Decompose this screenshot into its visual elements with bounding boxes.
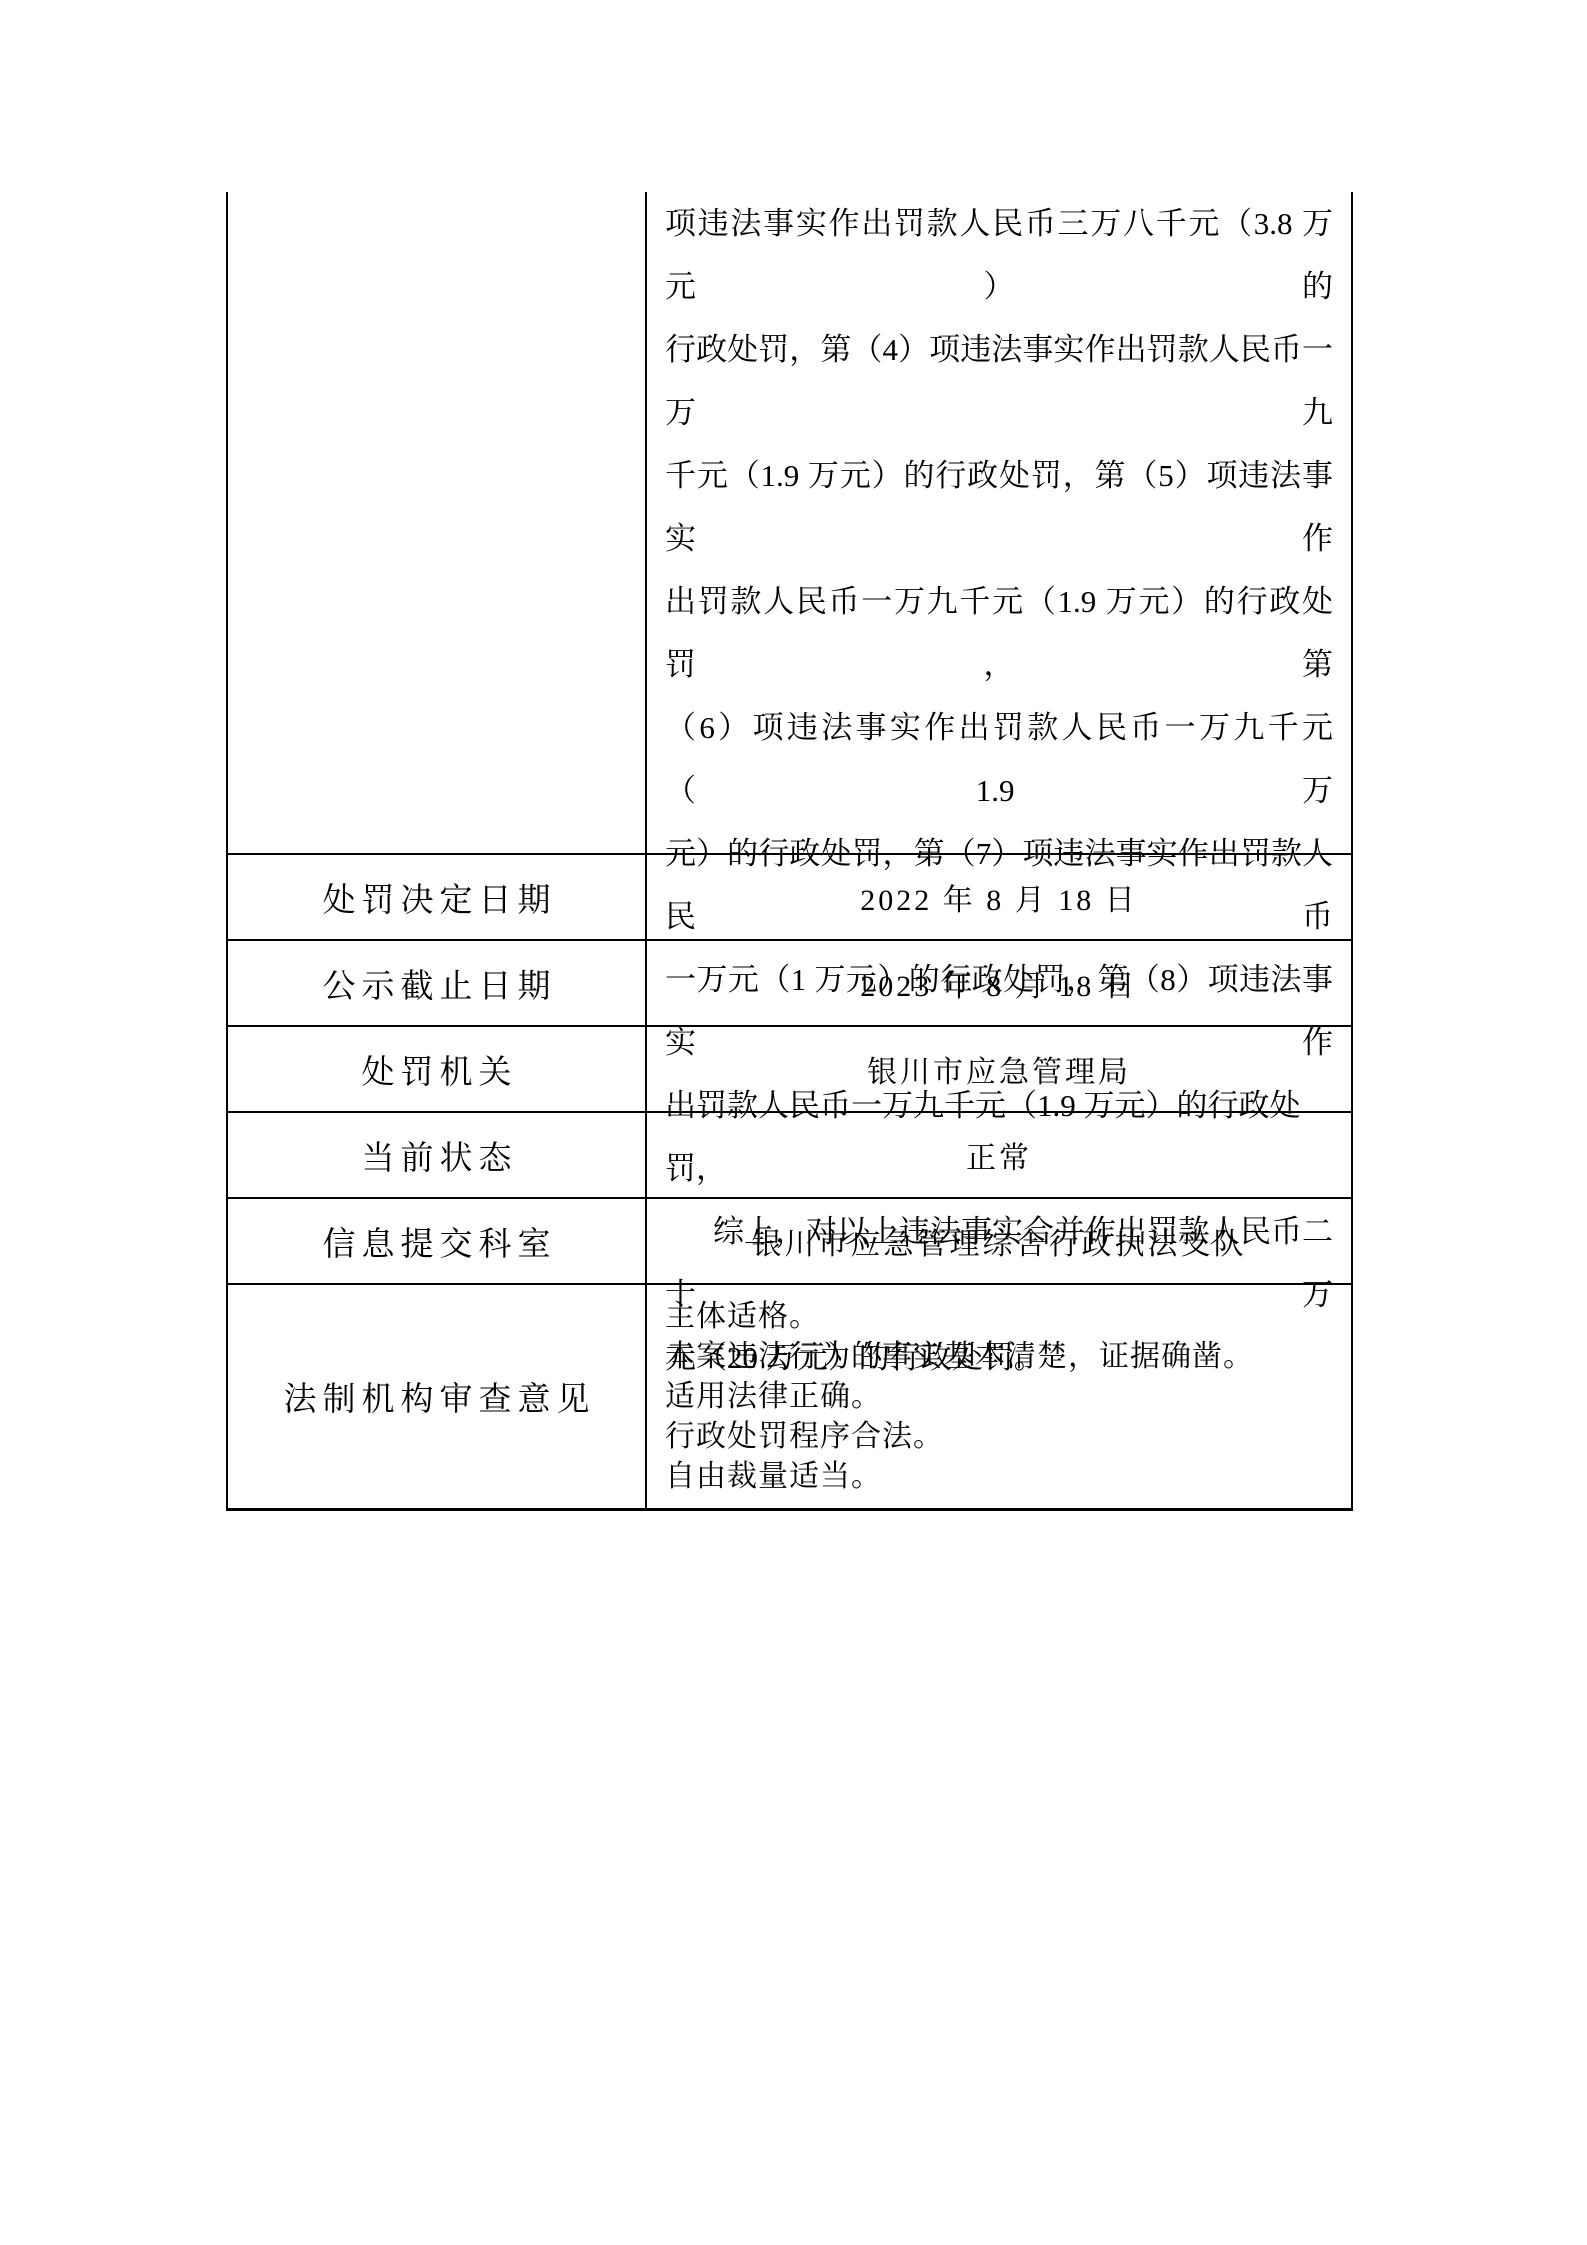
legal-review-label-cell: 法制机构审查意见 (226, 1285, 645, 1508)
penalty-authority-label-cell: 处罚机关 (226, 1027, 645, 1111)
publicity-deadline-label: 公示截止日期 (317, 960, 557, 1007)
submitting-department-value-cell: 银川市应急管理综合行政执法支队 (645, 1199, 1353, 1283)
penalty-authority-value-cell: 银川市应急管理局 (645, 1027, 1353, 1111)
penalty-date-value-cell: 2022 年 8 月 18 日 (645, 855, 1353, 939)
penalty-disclosure-table: 项违法事实作出罚款人民币三万八千元（3.8 万元）的 行政处罚，第（4）项违法事… (226, 192, 1353, 1511)
legal-review-line: 适用法律正确。 (665, 1377, 1339, 1417)
submitting-department-label-cell: 信息提交科室 (226, 1199, 645, 1283)
submitting-department-row: 信息提交科室 银川市应急管理综合行政执法支队 (226, 1199, 1353, 1285)
penalty-date-value: 2022 年 8 月 18 日 (860, 875, 1138, 919)
publicity-deadline-row: 公示截止日期 2023 年 8 月 18 日 (226, 941, 1353, 1027)
penalty-authority-value: 银川市应急管理局 (867, 1047, 1131, 1091)
legal-review-label: 法制机构审查意见 (278, 1373, 596, 1420)
legal-review-line: 自由裁量适当。 (665, 1457, 1339, 1497)
legal-review-content-cell: 主体适格。 本案违法行为的事实基本清楚，证据确凿。 适用法律正确。 行政处罚程序… (645, 1285, 1353, 1508)
penalty-text-line: 行政处罚，第（4）项违法事实作出罚款人民币一万九 (665, 318, 1333, 444)
publicity-deadline-label-cell: 公示截止日期 (226, 941, 645, 1025)
current-status-value: 正常 (966, 1133, 1032, 1177)
penalty-decision-text-cell: 项违法事实作出罚款人民币三万八千元（3.8 万元）的 行政处罚，第（4）项违法事… (645, 192, 1353, 853)
penalty-decision-empty-label-cell (226, 192, 645, 853)
submitting-department-label: 信息提交科室 (317, 1218, 557, 1265)
penalty-text-line: 千元（1.9 万元）的行政处罚，第（5）项违法事实作 (665, 444, 1333, 570)
penalty-date-label: 处罚决定日期 (317, 874, 557, 921)
legal-review-row: 法制机构审查意见 主体适格。 本案违法行为的事实基本清楚，证据确凿。 适用法律正… (226, 1285, 1353, 1508)
penalty-date-row: 处罚决定日期 2022 年 8 月 18 日 (226, 855, 1353, 941)
publicity-deadline-value-cell: 2023 年 8 月 18 日 (645, 941, 1353, 1025)
publicity-deadline-value: 2023 年 8 月 18 日 (860, 961, 1138, 1005)
submitting-department-value: 银川市应急管理综合行政执法支队 (752, 1219, 1247, 1263)
penalty-text-line: （6）项违法事实作出罚款人民币一万九千元（1.9 万 (665, 696, 1333, 822)
legal-review-line: 本案违法行为的事实基本清楚，证据确凿。 (665, 1337, 1339, 1377)
penalty-authority-row: 处罚机关 银川市应急管理局 (226, 1027, 1353, 1113)
penalty-date-label-cell: 处罚决定日期 (226, 855, 645, 939)
penalty-decision-continuation-row: 项违法事实作出罚款人民币三万八千元（3.8 万元）的 行政处罚，第（4）项违法事… (226, 192, 1353, 855)
legal-review-line: 行政处罚程序合法。 (665, 1417, 1339, 1457)
penalty-text-line: 出罚款人民币一万九千元（1.9 万元）的行政处罚，第 (665, 570, 1333, 696)
current-status-value-cell: 正常 (645, 1113, 1353, 1197)
current-status-label: 当前状态 (356, 1132, 518, 1179)
penalty-authority-label: 处罚机关 (356, 1046, 518, 1093)
current-status-label-cell: 当前状态 (226, 1113, 645, 1197)
legal-review-line: 主体适格。 (665, 1297, 1339, 1337)
current-status-row: 当前状态 正常 (226, 1113, 1353, 1199)
penalty-text-line: 项违法事实作出罚款人民币三万八千元（3.8 万元）的 (665, 192, 1333, 318)
